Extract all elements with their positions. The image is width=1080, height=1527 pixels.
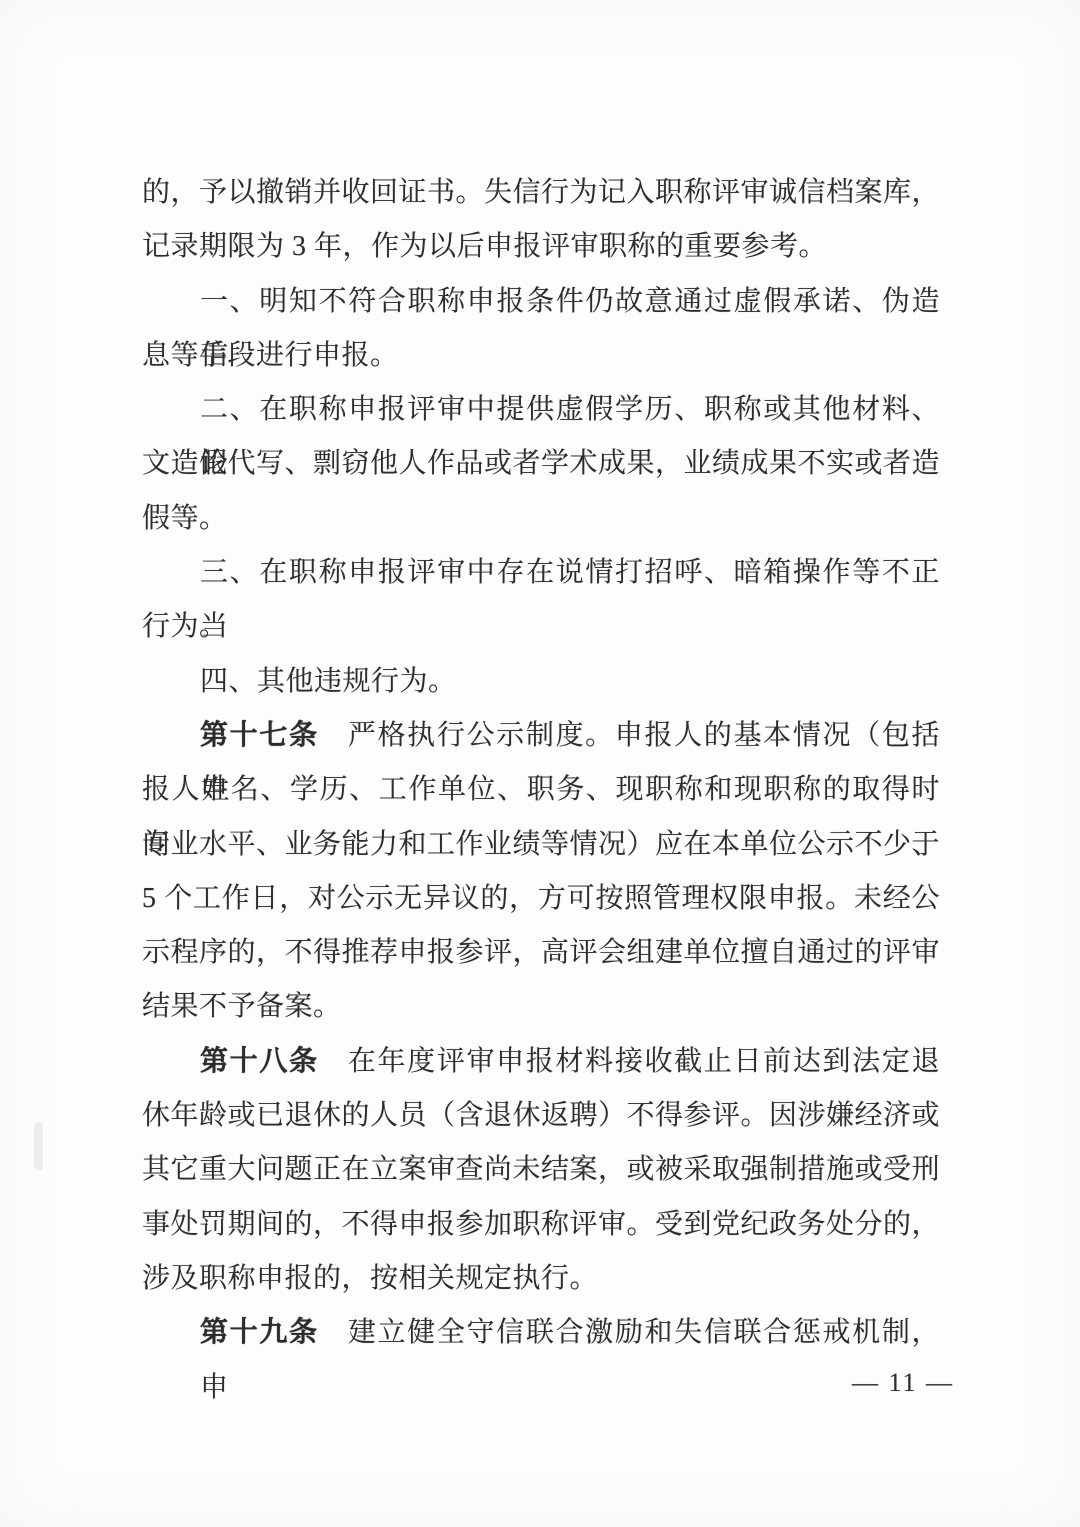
text-line: 一、明知不符合职称申报条件仍故意通过虚假承诺、伪造信: [142, 275, 940, 329]
line-text: 假等。: [142, 503, 228, 534]
text-line: 第十七条严格执行公示制度。申报人的基本情况（包括申: [142, 709, 940, 763]
line-text: 5 个工作日，对公示无异议的，方可按照管理权限申报。未经公: [142, 883, 940, 914]
document-page: 的，予以撤销并收回证书。失信行为记入职称评审诚信档案库，记录期限为 3 年，作为…: [0, 0, 1080, 1527]
article-number: 第十八条: [200, 1046, 319, 1077]
line-text: 休年龄或已退休的人员（含退休返聘）不得参评。因涉嫌经济或: [142, 1100, 940, 1131]
article-number: 第十七条: [200, 720, 319, 751]
text-line: 息等手段进行申报。: [142, 329, 940, 383]
text-line: 休年龄或已退休的人员（含退休返聘）不得参评。因涉嫌经济或: [142, 1089, 940, 1143]
line-text: 结果不予备案。: [142, 991, 342, 1022]
line-text: 的，予以撤销并收回证书。失信行为记入职称评审诚信档案库，: [142, 177, 940, 208]
text-line: 四、其他违规行为。: [142, 655, 940, 709]
text-line: 第十八条在年度评审申报材料接收截止日前达到法定退: [142, 1035, 940, 1089]
scan-artifact-mark: [34, 1122, 43, 1170]
text-line: 涉及职称申报的，按相关规定执行。: [142, 1252, 940, 1306]
line-text: 记录期限为 3 年，作为以后申报评审职称的重要参考。: [142, 231, 827, 262]
line-text: 专业水平、业务能力和工作业绩等情况）应在本单位公示不少于: [142, 829, 940, 860]
line-text: 文造假代写、剽窃他人作品或者学术成果，业绩成果不实或者造: [142, 448, 940, 479]
line-text: 涉及职称申报的，按相关规定执行。: [142, 1263, 598, 1294]
text-line: 三、在职称申报评审中存在说情打招呼、暗箱操作等不正当: [142, 546, 940, 600]
line-text: 示程序的，不得推荐申报参评，高评会组建单位擅自通过的评审: [142, 937, 940, 968]
text-line: 第十九条建立健全守信联合激励和失信联合惩戒机制，申: [142, 1306, 940, 1360]
line-text: 行为。: [142, 611, 228, 642]
text-line: 报人姓名、学历、工作单位、职务、现职称和现职称的取得时间、: [142, 763, 940, 817]
document-text-block: 的，予以撤销并收回证书。失信行为记入职称评审诚信档案库，记录期限为 3 年，作为…: [142, 166, 940, 1361]
page-number: — 11 —: [852, 1366, 954, 1400]
text-line: 其它重大问题正在立案审查尚未结案，或被采取强制措施或受刑: [142, 1143, 940, 1197]
text-line: 示程序的，不得推荐申报参评，高评会组建单位擅自通过的评审: [142, 926, 940, 980]
text-line: 结果不予备案。: [142, 980, 940, 1034]
text-line: 行为。: [142, 600, 940, 654]
line-text: 事处罚期间的，不得申报参加职称评审。受到党纪政务处分的，: [142, 1209, 940, 1240]
article-number: 第十九条: [200, 1317, 319, 1348]
screenshot-root: { "colors": { "ink": "#2e2c2b", "paper":…: [0, 0, 1080, 1527]
line-text: 息等手段进行申报。: [142, 340, 399, 371]
text-line: 事处罚期间的，不得申报参加职称评审。受到党纪政务处分的，: [142, 1198, 940, 1252]
text-line: 假等。: [142, 492, 940, 546]
text-line: 的，予以撤销并收回证书。失信行为记入职称评审诚信档案库，: [142, 166, 940, 220]
line-text: 其它重大问题正在立案审查尚未结案，或被采取强制措施或受刑: [142, 1154, 940, 1185]
text-line: 专业水平、业务能力和工作业绩等情况）应在本单位公示不少于: [142, 818, 940, 872]
text-line: 二、在职称申报评审中提供虚假学历、职称或其他材料、论: [142, 383, 940, 437]
text-line: 5 个工作日，对公示无异议的，方可按照管理权限申报。未经公: [142, 872, 940, 926]
line-text: 在年度评审申报材料接收截止日前达到法定退: [347, 1046, 940, 1077]
text-line: 记录期限为 3 年，作为以后申报评审职称的重要参考。: [142, 220, 940, 274]
text-line: 文造假代写、剽窃他人作品或者学术成果，业绩成果不实或者造: [142, 437, 940, 491]
line-text: 四、其他违规行为。: [200, 666, 457, 697]
